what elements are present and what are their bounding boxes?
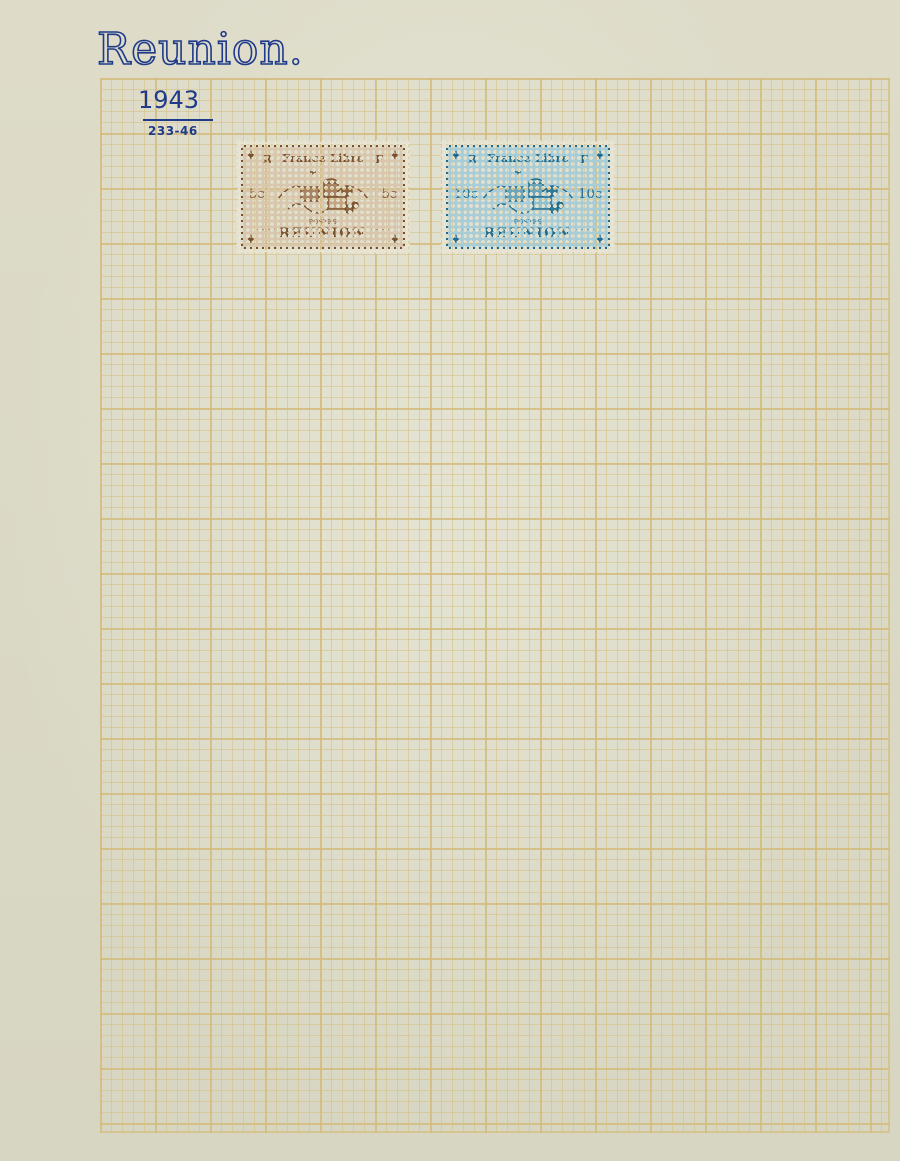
stamp-denomination-left: 10c xyxy=(454,187,478,202)
stamp-postes-label: POSTES xyxy=(243,219,403,226)
produce-still-life-icon xyxy=(478,169,578,219)
year-underline xyxy=(143,119,213,121)
country-title: Reunion. xyxy=(97,28,304,72)
stamp-country-name: REUNION xyxy=(243,226,403,241)
catalog-number-range: 233-46 xyxy=(148,124,198,138)
stamp-denomination-right: 10c xyxy=(578,187,602,202)
stamp-postes-label: POSTES xyxy=(448,219,608,226)
stamp-denomination-left: 5c xyxy=(249,187,265,202)
stamp-denomination-right: 5c xyxy=(381,187,397,202)
album-page: Reunion. 1943 233-46 ❦ ❦ ❦ ❦ R F France … xyxy=(0,0,900,1161)
stamp-inscription: France Libre xyxy=(448,152,608,165)
issue-year: 1943 xyxy=(138,88,199,112)
produce-still-life-icon xyxy=(273,169,373,219)
stamp-10c-blue[interactable]: ❦ ❦ ❦ ❦ R F France Libre 10c 10c xyxy=(441,140,615,254)
stamp-inscription: France Libre xyxy=(243,152,403,165)
stamp-design: ❦ ❦ ❦ ❦ R F France Libre 5c 5c xyxy=(241,145,405,249)
stamp-design: ❦ ❦ ❦ ❦ R F France Libre 10c 10c xyxy=(446,145,610,249)
stamp-5c-brown[interactable]: ❦ ❦ ❦ ❦ R F France Libre 5c 5c xyxy=(236,140,410,254)
stamp-country-name: REUNION xyxy=(448,226,608,241)
